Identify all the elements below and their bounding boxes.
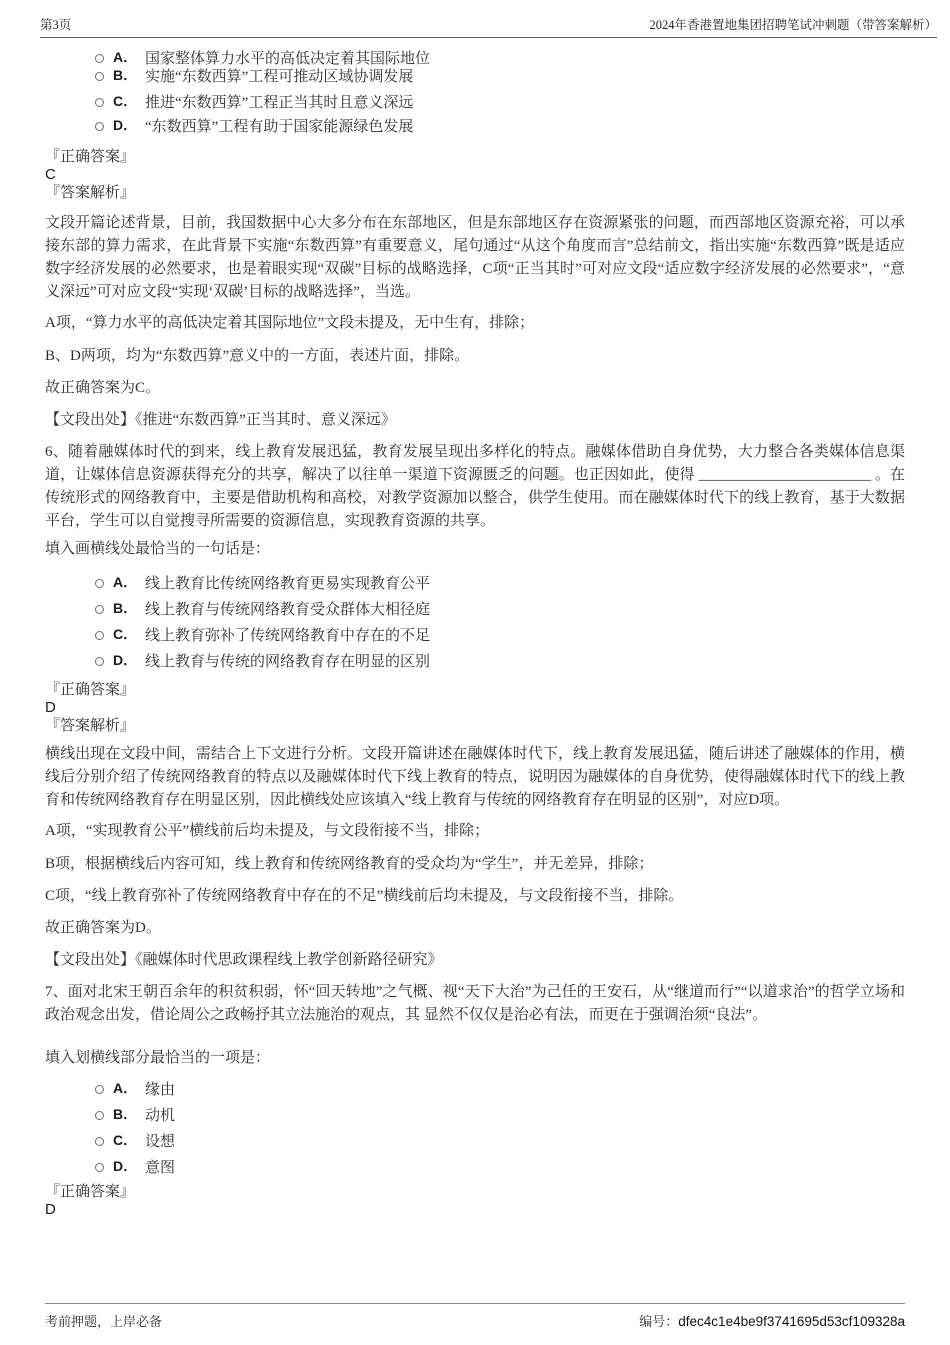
option-letter: D．	[113, 115, 145, 135]
page-number: 第3页	[40, 15, 71, 33]
option-text: 线上教育与传统网络教育受众群体大相径庭	[145, 598, 430, 619]
question-prompt: 填入画横线处最恰当的一句话是：	[45, 538, 905, 561]
document-title: 2024年香港置地集团招聘笔试冲刺题（带答案解析）	[649, 15, 937, 33]
option-letter: D．	[113, 650, 145, 670]
correct-answer-label: 『正确答案』	[45, 1183, 905, 1201]
radio-button[interactable]	[95, 605, 104, 614]
analysis-paragraph: 故正确答案为D。	[45, 917, 905, 940]
answer-letter: D	[45, 699, 905, 717]
analysis-paragraph: B项，根据横线后内容可知，线上教育和传统网络教育的受众均为“学生”，并无差异，排…	[45, 853, 905, 876]
correct-answer-label: 『正确答案』	[45, 148, 905, 166]
option-letter: C．	[113, 1130, 145, 1150]
analysis-paragraph: A项，“算力水平的高低决定着其国际地位”文段未提及，无中生有，排除；	[45, 312, 905, 335]
footer-slogan: 考前押题，上岸必备	[45, 1311, 162, 1330]
option-letter: B．	[113, 598, 145, 618]
option-row: D． “东数西算”工程有助于国家能源绿色发展	[95, 116, 905, 134]
option-row: D． 意图	[95, 1157, 905, 1175]
serial-label: 编号：	[639, 1314, 678, 1329]
radio-button[interactable]	[95, 54, 104, 63]
correct-answer-label: 『正确答案』	[45, 681, 905, 699]
option-text: 缘由	[145, 1078, 175, 1099]
question-stem: 6、随着融媒体时代的到来，线上教育发展迅猛，教育发展呈现出多样化的特点。融媒体借…	[45, 441, 905, 533]
option-text: 线上教育比传统网络教育更易实现教育公平	[145, 572, 430, 593]
footer-serial: 编号：dfec4c1e4be9f3741695d53cf109328a	[639, 1311, 905, 1330]
option-text: 线上教育弥补了传统网络教育中存在的不足	[145, 624, 430, 645]
option-letter: B．	[113, 1104, 145, 1124]
analysis-label: 『答案解析』	[45, 717, 905, 735]
source-line: 【文段出处】《融媒体时代思政课程线上教学创新路径研究》	[45, 949, 905, 972]
analysis-paragraph: C项，“线上教育弥补了传统网络教育中存在的不足”横线前后均未提及，与文段衔接不当…	[45, 885, 905, 908]
option-row: C． 推进“东数西算”工程正当其时且意义深远	[95, 92, 905, 110]
radio-button[interactable]	[95, 1085, 104, 1094]
radio-button[interactable]	[95, 72, 104, 81]
radio-button[interactable]	[95, 1137, 104, 1146]
page-content: A． 国家整体算力水平的高低决定着其国际地位 B． 实施“东数西算”工程可推动区…	[45, 40, 905, 1219]
radio-button[interactable]	[95, 1111, 104, 1120]
option-row: C． 设想	[95, 1131, 905, 1149]
option-letter: A．	[113, 47, 145, 67]
option-letter: A．	[113, 1078, 145, 1098]
radio-button[interactable]	[95, 657, 104, 666]
option-text: 实施“东数西算”工程可推动区域协调发展	[145, 65, 413, 86]
option-text: 推进“东数西算”工程正当其时且意义深远	[145, 91, 413, 112]
option-text: 动机	[145, 1104, 175, 1125]
analysis-paragraph: A项，“实现教育公平”横线前后均未提及，与文段衔接不当，排除；	[45, 820, 905, 843]
analysis-paragraph: 横线出现在文段中间，需结合上下文进行分析。文段开篇讲述在融媒体时代下，线上教育发…	[45, 743, 905, 812]
analysis-paragraph: 文段开篇论述背景，目前，我国数据中心大多分布在东部地区，但是东部地区存在资源紧张…	[45, 212, 905, 304]
analysis-paragraph: 故正确答案为C。	[45, 377, 905, 400]
option-row: D． 线上教育与传统的网络教育存在明显的区别	[95, 651, 905, 669]
option-row: B． 实施“东数西算”工程可推动区域协调发展	[95, 66, 905, 84]
option-letter: C．	[113, 91, 145, 111]
option-row: A． 缘由	[95, 1079, 905, 1097]
option-text: 意图	[145, 1156, 175, 1177]
option-row: B． 动机	[95, 1105, 905, 1123]
question-stem: 7、面对北宋王朝百余年的积贫积弱，怀“回天转地”之气概、视“天下大治”为己任的王…	[45, 981, 905, 1027]
option-letter: C．	[113, 624, 145, 644]
option-row: A． 线上教育比传统网络教育更易实现教育公平	[95, 573, 905, 591]
option-text: “东数西算”工程有助于国家能源绿色发展	[145, 115, 413, 136]
option-text: 线上教育与传统的网络教育存在明显的区别	[145, 650, 430, 671]
source-line: 【文段出处】《推进“东数西算”正当其时、意义深远》	[45, 409, 905, 432]
analysis-paragraph: B、D两项，均为“东数西算”意义中的一方面，表述片面，排除。	[45, 345, 905, 368]
question-prompt: 填入划横线部分最恰当的一项是：	[45, 1047, 905, 1070]
serial-code: dfec4c1e4be9f3741695d53cf109328a	[678, 1314, 905, 1329]
radio-button[interactable]	[95, 631, 104, 640]
option-row: B． 线上教育与传统网络教育受众群体大相径庭	[95, 599, 905, 617]
answer-letter: C	[45, 166, 905, 184]
option-row: A． 国家整体算力水平的高低决定着其国际地位	[95, 48, 905, 66]
option-letter: B．	[113, 65, 145, 85]
answer-letter: D	[45, 1201, 905, 1219]
radio-button[interactable]	[95, 122, 104, 131]
page-footer: 考前押题，上岸必备 编号：dfec4c1e4be9f3741695d53cf10…	[45, 1303, 905, 1330]
option-row: C． 线上教育弥补了传统网络教育中存在的不足	[95, 625, 905, 643]
option-text: 设想	[145, 1130, 175, 1151]
option-letter: D．	[113, 1156, 145, 1176]
radio-button[interactable]	[95, 1163, 104, 1172]
document-page: 第3页 2024年香港置地集团招聘笔试冲刺题（带答案解析） A． 国家整体算力水…	[0, 0, 950, 1345]
radio-button[interactable]	[95, 98, 104, 107]
radio-button[interactable]	[95, 579, 104, 588]
page-header: 第3页 2024年香港置地集团招聘笔试冲刺题（带答案解析）	[40, 15, 937, 38]
option-letter: A．	[113, 572, 145, 592]
analysis-label: 『答案解析』	[45, 184, 905, 202]
